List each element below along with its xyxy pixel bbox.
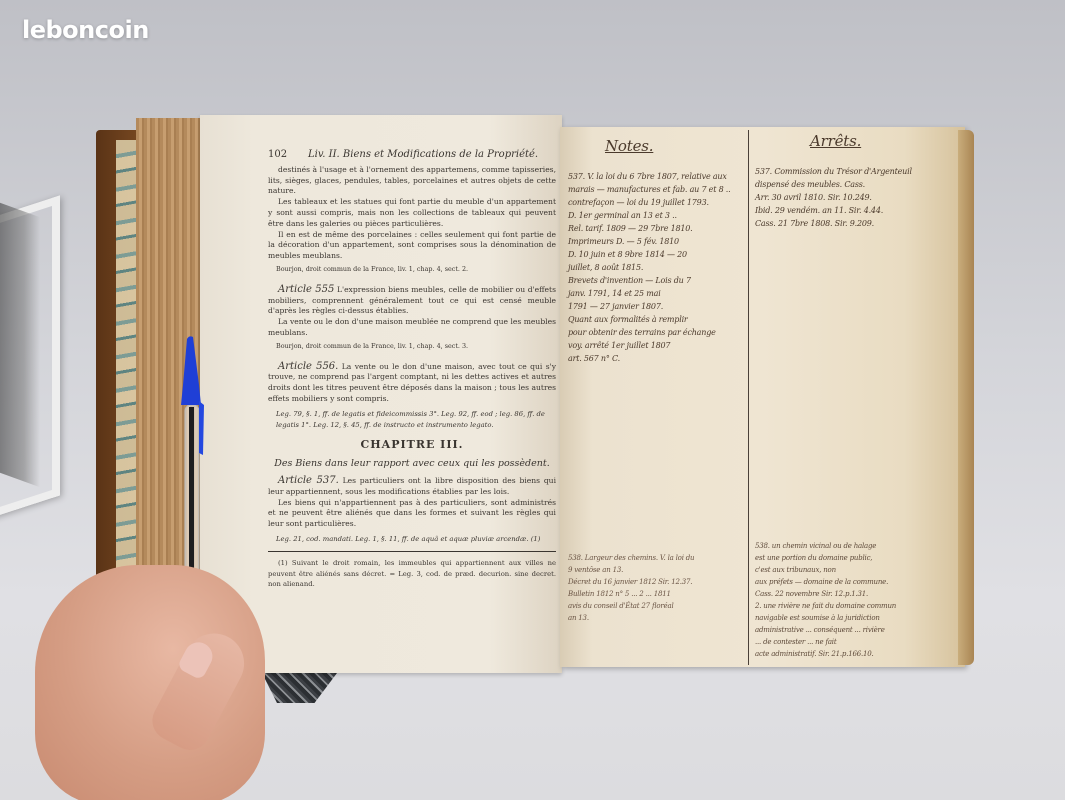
handwritten-line: Cass. 21 7bre 1808. Sir. 9.209.	[755, 217, 960, 230]
handwritten-line: Arr. 30 avril 1810. Sir. 10.249.	[755, 191, 960, 204]
granite-book-stand	[262, 673, 337, 703]
source-citation: Bourjon, droit commun de la France, liv.…	[276, 264, 556, 275]
right-page-edges	[958, 130, 974, 665]
handwritten-line: an 13.	[568, 612, 748, 624]
notes-heading: Notes.	[605, 140, 653, 153]
handwritten-line: juillet, 8 août 1815.	[568, 261, 748, 274]
handwritten-line: D. 10 juin et 8 9bre 1814 — 20	[568, 248, 748, 261]
handwritten-line: Cass. 22 novembre Sir. 12.p.1.31.	[755, 588, 960, 600]
handwritten-line: voy. arrêté 1er juillet 1807	[568, 339, 748, 352]
source-citation: Bourjon, droit commun de la France, liv.…	[276, 341, 556, 352]
article-537: Article 537. Les particuliers ont la lib…	[268, 476, 556, 498]
handwritten-line: marais — manufactures et fab. au 7 et 8 …	[568, 183, 748, 196]
handwritten-line: Quant aux formalités à remplir	[568, 313, 748, 326]
handwritten-line: administrative ... conséquent ... rivièr…	[755, 624, 960, 636]
handwritten-line: janv. 1791, 14 et 25 mai	[568, 287, 748, 300]
handwritten-line: dispensé des meubles. Cass.	[755, 178, 960, 191]
article-label: Article 556.	[278, 361, 338, 372]
handwritten-line: Rel. tarif. 1809 — 29 7bre 1810.	[568, 222, 748, 235]
paragraph: destinés à l'usage et à l'ornement des a…	[268, 165, 556, 197]
footnote: (1) Suivant le droit romain, les immeubl…	[268, 558, 556, 590]
leboncoin-watermark-logo: leboncoin	[22, 16, 149, 44]
arrets-heading: Arrêts.	[810, 135, 861, 148]
article-label: Article 537.	[278, 475, 339, 486]
paragraph: Il en est de même des porcelaines : cell…	[268, 230, 556, 262]
handwritten-line: est une portion du domaine public,	[755, 552, 960, 564]
footnote-rule	[268, 551, 556, 552]
handwritten-line: 538. Largeur des chemins. V. la loi du	[568, 552, 748, 564]
handwritten-line: acte administratif. Sir. 21.p.166.10.	[755, 648, 960, 660]
printed-text-block: 102 Liv. II. Biens et Modifications de l…	[268, 150, 556, 590]
background-easel-shadow	[0, 203, 40, 488]
handwritten-line: Bulletin 1812 n° 5 ... 2 ... 1811	[568, 588, 748, 600]
legal-reference: Leg. 79, §. 1, ff. de legatis et fideico…	[276, 409, 556, 431]
handwritten-line: 537. Commission du Trésor d'Argenteuil	[755, 165, 960, 178]
article-537-para-2: Les biens qui n'appartiennent pas à des …	[268, 498, 556, 530]
arrets-537: 537. Commission du Trésor d'Argenteuil d…	[755, 165, 960, 230]
handwritten-line: 538. un chemin vicinal ou de halage	[755, 540, 960, 552]
page-number: 102	[268, 150, 290, 161]
handwritten-line: 2. une rivière ne fait du domaine commun	[755, 600, 960, 612]
handwritten-line: art. 567 n° C.	[568, 352, 748, 365]
handwritten-line: pour obtenir des terrains par échange	[568, 326, 748, 339]
chapter-title: CHAPITRE III.	[268, 440, 556, 451]
article-label: Article 555	[278, 284, 334, 295]
legal-reference: Leg. 21, cod. mandati. Leg. 1, §. 11, ff…	[276, 534, 556, 545]
handwritten-line: 9 ventôse an 13.	[568, 564, 748, 576]
handwritten-line: avis du conseil d'État 27 floréal	[568, 600, 748, 612]
handwritten-line: D. 1er germinal an 13 et 3 ..	[568, 209, 748, 222]
handwritten-line: aux préfets — domaine de la commune.	[755, 576, 960, 588]
handwritten-line: 1791 — 27 janvier 1807.	[568, 300, 748, 313]
handwritten-line: navigable est soumise à la juridiction	[755, 612, 960, 624]
running-head: 102 Liv. II. Biens et Modifications de l…	[268, 150, 556, 161]
column-divider-line	[748, 130, 749, 665]
handwritten-line: c'est aux tribunaux, non	[755, 564, 960, 576]
handwritten-line: Brevets d'invention — Lois du 7	[568, 274, 748, 287]
chapter-subtitle: Des Biens dans leur rapport avec ceux qu…	[268, 459, 556, 470]
handwritten-line: ... de contester ... ne fait	[755, 636, 960, 648]
article-556: Article 556. La vente ou le don d'une ma…	[268, 362, 556, 405]
handwritten-line: contrefaçon — loi du 19 juillet 1793.	[568, 196, 748, 209]
handwritten-line: Décret du 16 janvier 1812 Sir. 12.37.	[568, 576, 748, 588]
handwritten-line: Ibid. 29 vendém. an 11. Sir. 4.44.	[755, 204, 960, 217]
arrets-538: 538. un chemin vicinal ou de halage est …	[755, 540, 960, 660]
handwritten-line: Imprimeurs D. — 5 fév. 1810	[568, 235, 748, 248]
notes-538: 538. Largeur des chemins. V. la loi du 9…	[568, 552, 748, 624]
article-555: Article 555 L'expression biens meubles, …	[268, 285, 556, 317]
notes-537: 537. V. la loi du 6 7bre 1807, relative …	[568, 170, 748, 365]
handwritten-line: 537. V. la loi du 6 7bre 1807, relative …	[568, 170, 748, 183]
article-555-para-2: La vente ou le don d'une maison meublée …	[268, 317, 556, 339]
running-head-title: Liv. II. Biens et Modifications de la Pr…	[308, 150, 538, 161]
paragraph: Les tableaux et les statues qui font par…	[268, 197, 556, 229]
